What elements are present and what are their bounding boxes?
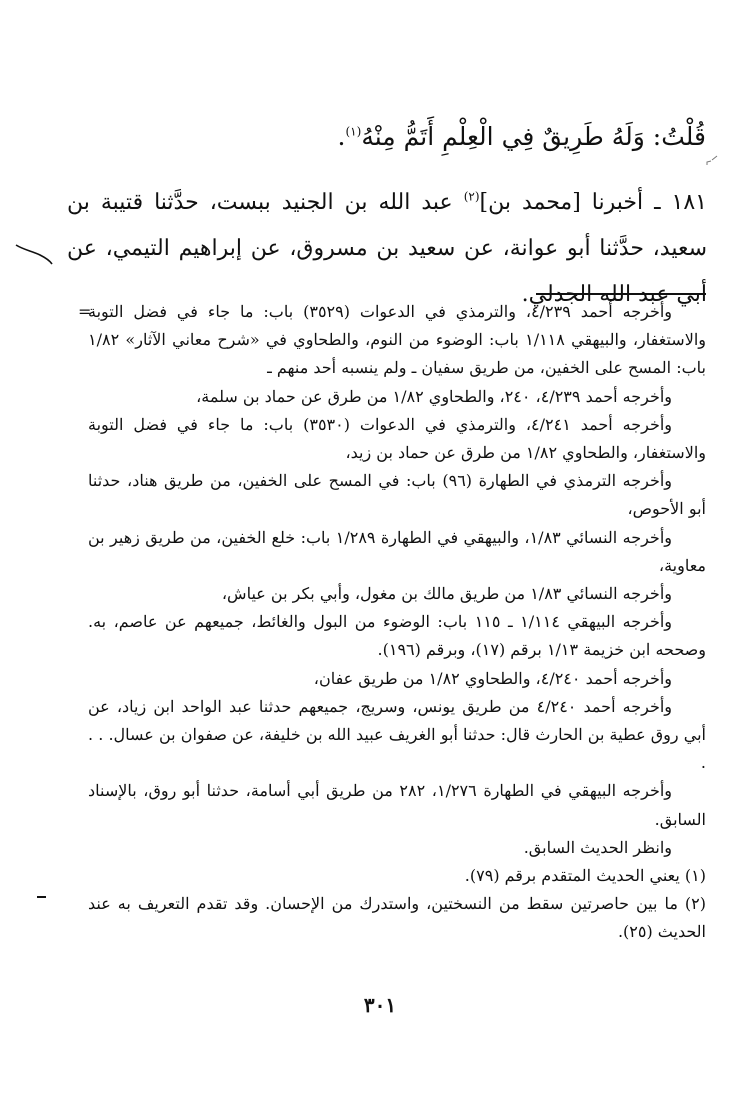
book-page: قُلْتُ: وَلَهُ طَرِيقٌ فِي الْعِلْمِ أَت…: [0, 0, 752, 1100]
note-paragraph: وأخرجه أحمد ٤/٢٣٩، ٢٤٠، والطحاوي ١/٨٢ من…: [88, 383, 706, 411]
footnote-separator: [536, 293, 706, 295]
footnotes-section: = وأخرجه أحمد ٤/٢٣٩، والترمذي في الدعوات…: [88, 298, 706, 947]
footnote-2: (٢) ما بين حاصرتين سقط من النسختين، واست…: [88, 890, 706, 946]
hadith-line1-part2: عبد الله بن الجنيد ببست، حدَّثنا: [154, 190, 464, 215]
continuation-marker: =: [78, 298, 91, 326]
scan-mark-tick: [705, 155, 725, 170]
scan-mark-stroke: [10, 240, 60, 280]
note-paragraph: وأخرجه النسائي ١/٨٣، والبيهقي في الطهارة…: [88, 524, 706, 580]
note-paragraph: وأخرجه البيهقي في الطهارة ١/٢٧٦، ٢٨٢ من …: [88, 777, 706, 833]
note-paragraph: وأخرجه الترمذي في الطهارة (٩٦) باب: في ا…: [88, 467, 706, 523]
hadith-line1-part1: ١٨١ ـ أخبرنا [محمد بن]: [480, 190, 707, 215]
note-paragraph: وانظر الحديث السابق.: [88, 834, 706, 862]
footnote-1: (١) يعني الحديث المتقدم برقم (٧٩).: [88, 862, 706, 890]
note-paragraph: وأخرجه البيهقي ١/١١٤ ـ ١١٥ باب: الوضوء م…: [88, 608, 706, 664]
note-paragraph: وأخرجه أحمد ٤/٢٣٩، والترمذي في الدعوات (…: [88, 298, 706, 383]
scan-mark-dash: [37, 896, 46, 898]
note-paragraph: وأخرجه أحمد ٤/٢٤٠، والطحاوي ١/٨٢ من طريق…: [88, 665, 706, 693]
page-number: ٣٠١: [350, 993, 410, 1017]
quote-text: قُلْتُ: وَلَهُ طَرِيقٌ فِي الْعِلْمِ أَت…: [361, 122, 706, 151]
footnote-ref-1[interactable]: (١): [345, 125, 361, 139]
note-paragraph: وأخرجه أحمد ٤/٢٤٠ من طريق يونس، وسريج، ج…: [88, 693, 706, 778]
note-paragraph: وأخرجه أحمد ٤/٢٤١، والترمذي في الدعوات (…: [88, 411, 706, 467]
quote-line: قُلْتُ: وَلَهُ طَرِيقٌ فِي الْعِلْمِ أَت…: [338, 112, 706, 162]
note-paragraph: وأخرجه النسائي ١/٨٣ من طريق مالك بن مغول…: [88, 580, 706, 608]
footnote-ref-2[interactable]: (٢): [464, 190, 480, 204]
